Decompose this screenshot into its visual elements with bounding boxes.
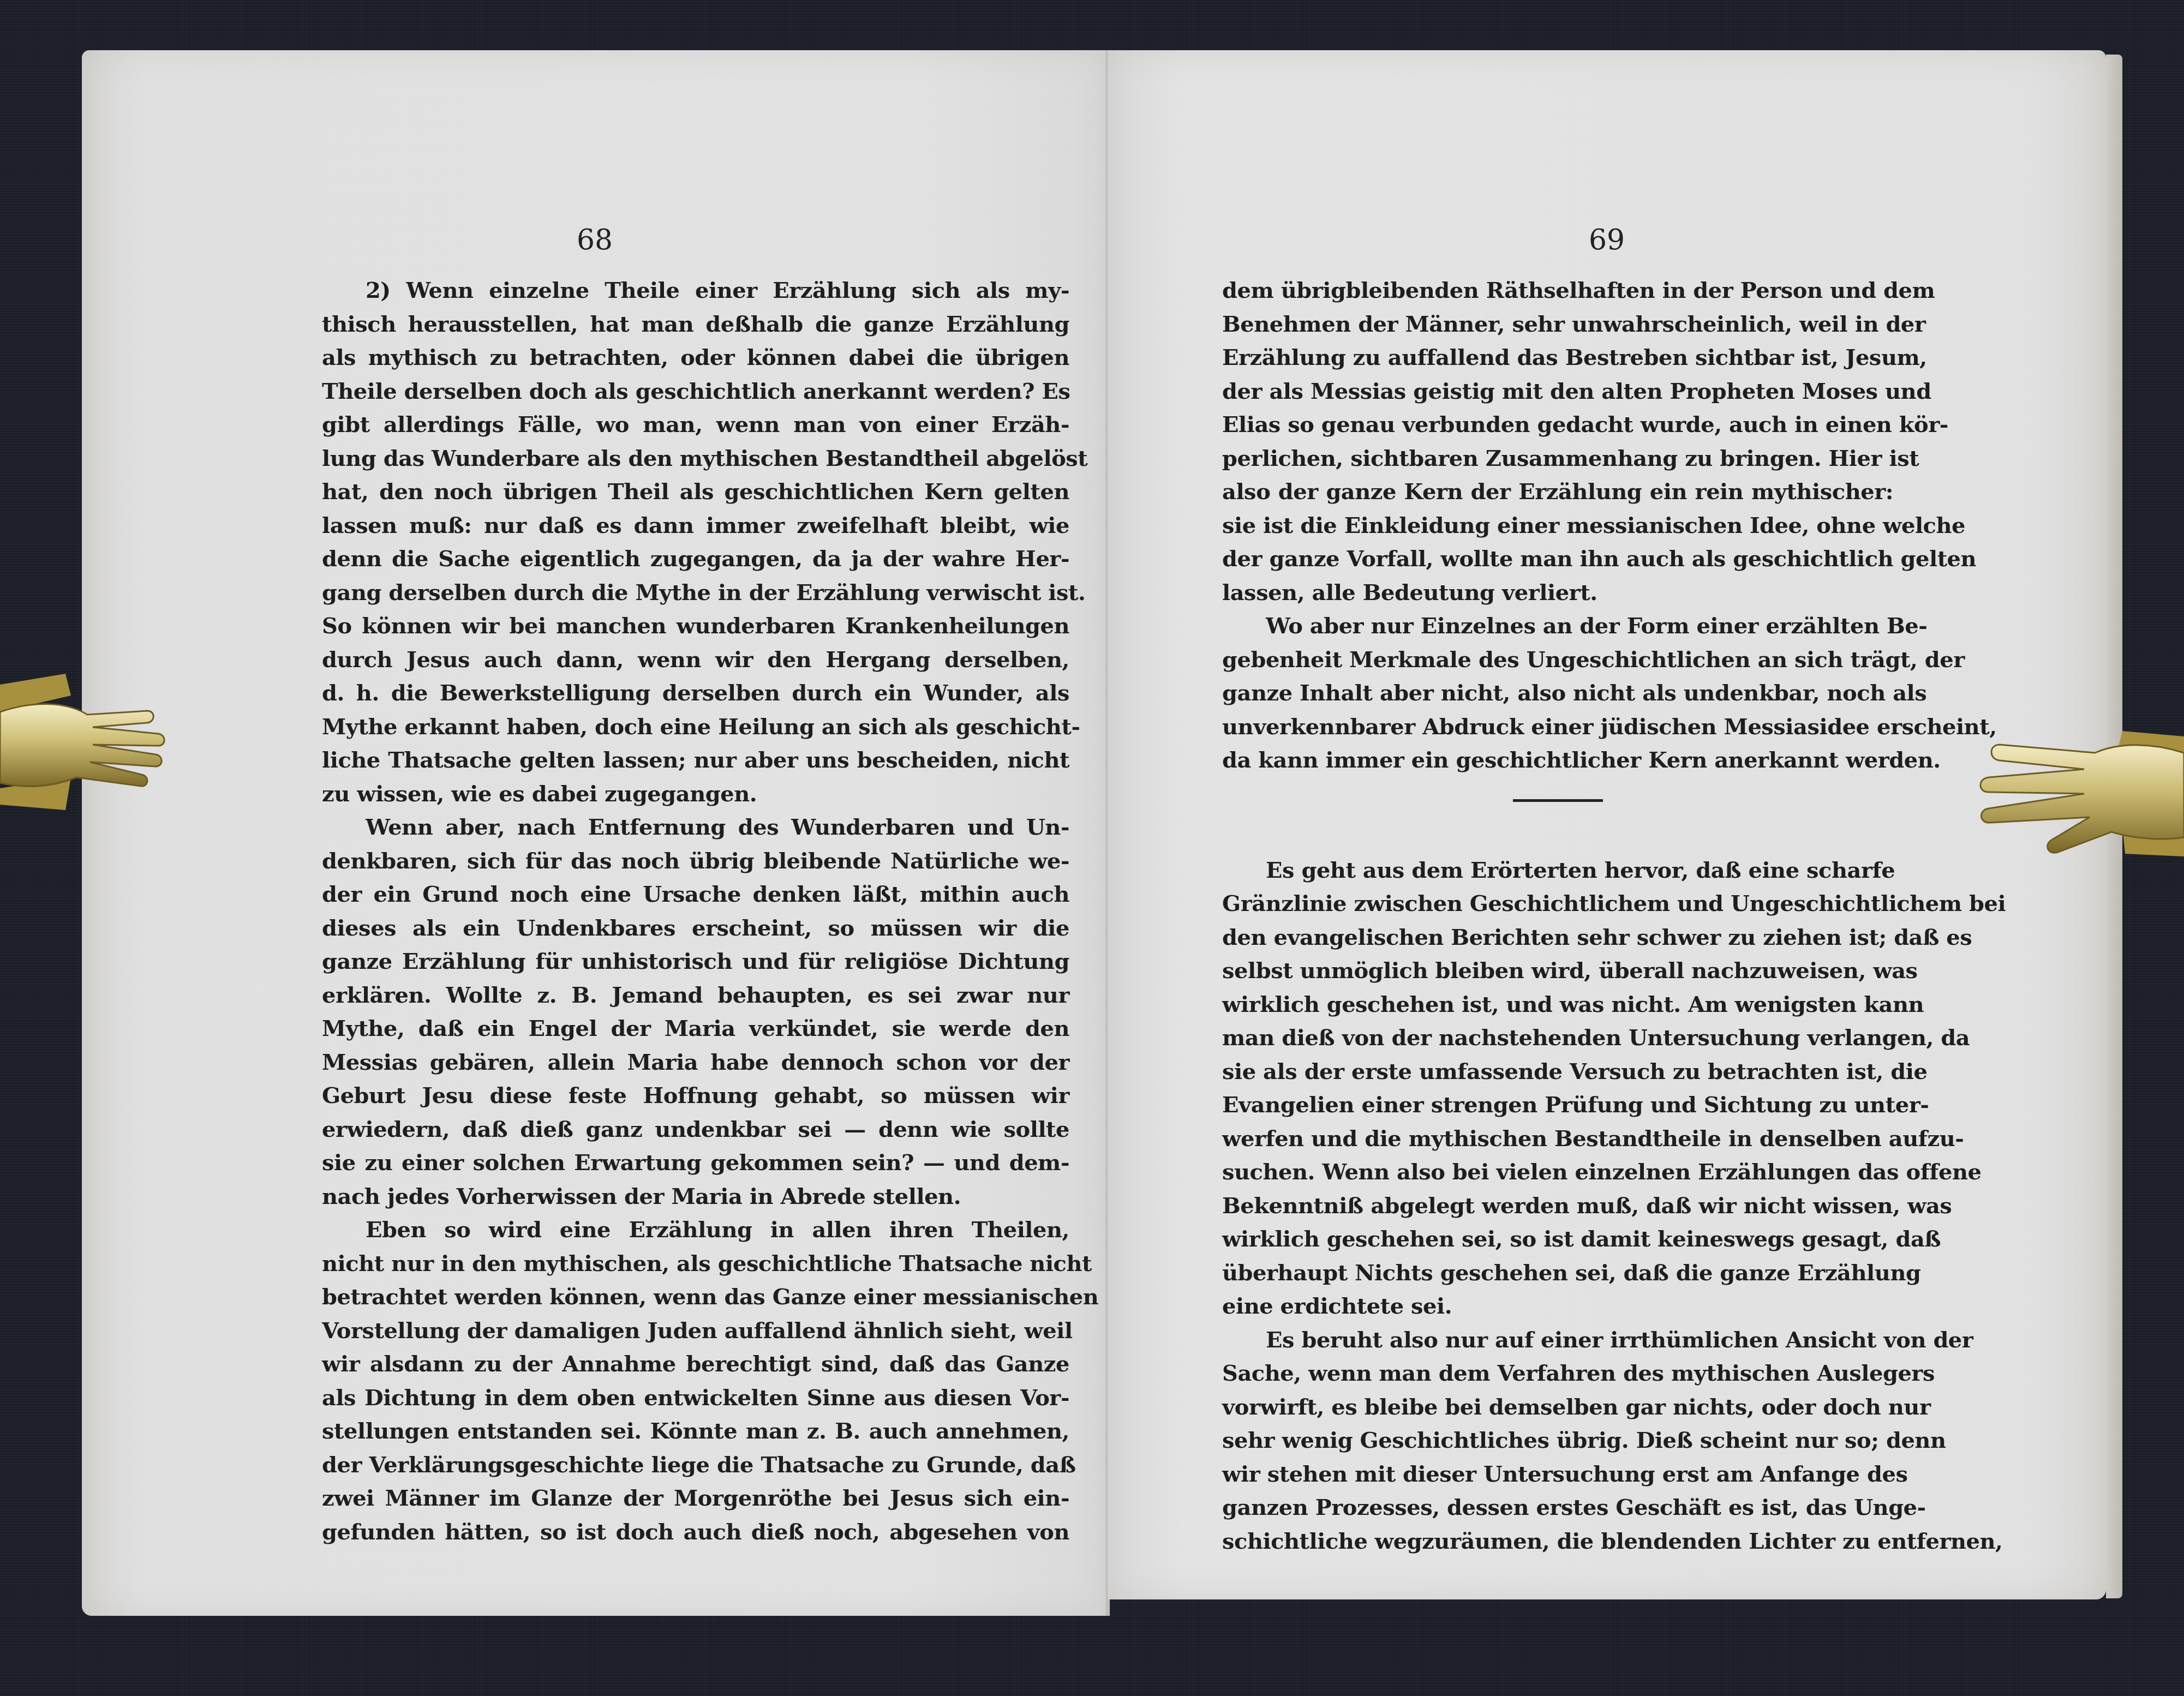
text-line: zu wissen, wie es dabei zugegangen. — [322, 777, 1069, 811]
text-line: Eben so wird eine Erzählung in allen ihr… — [322, 1213, 1069, 1247]
text-line: Es beruht also nur auf einer irrthümlich… — [1222, 1323, 1893, 1357]
text-line: sie als der erste umfassende Versuch zu … — [1222, 1055, 1893, 1089]
text-line: Es geht aus dem Erörterten hervor, daß e… — [1222, 854, 1893, 888]
text-line: Theile derselben doch als geschichtlich … — [322, 375, 1069, 409]
text-line: nicht nur in den mythischen, als geschic… — [322, 1247, 1069, 1281]
text-line: als mythisch zu betrachten, oder können … — [322, 341, 1069, 375]
page-number-left: 68 — [82, 224, 1108, 256]
text-line: Geburt Jesu diese feste Hoffnung gehabt,… — [322, 1079, 1069, 1113]
text-line: vorwirft, es bleibe bei demselben gar ni… — [1222, 1391, 1893, 1424]
text-line: perlichen, sichtbaren Zusammenhang zu br… — [1222, 442, 1893, 476]
text-line: der als Messias geistig mit den alten Pr… — [1222, 375, 1893, 409]
text-line: Vorstellung der damaligen Juden auffalle… — [322, 1314, 1069, 1348]
text-line: werfen und die mythischen Bestandtheile … — [1222, 1122, 1893, 1156]
text-line: ganze Inhalt aber nicht, also nicht als … — [1222, 676, 1893, 710]
brass-hand-left-icon — [0, 663, 166, 821]
text-line: erwiedern, daß dieß ganz undenkbar sei —… — [322, 1113, 1069, 1147]
text-line: sehr wenig Geschichtliches übrig. Dieß s… — [1222, 1424, 1893, 1458]
text-line: überhaupt Nichts geschehen sei, daß die … — [1222, 1256, 1893, 1290]
text-line: schichtliche wegzuräumen, die blendenden… — [1222, 1525, 1893, 1559]
brass-hand-right-icon — [1975, 709, 2184, 867]
text-line: Evangelien einer strengen Prüfung und Si… — [1222, 1088, 1893, 1122]
text-line: als Dichtung in dem oben entwickelten Si… — [322, 1381, 1069, 1415]
text-line: durch Jesus auch dann, wenn wir den Herg… — [322, 643, 1069, 677]
text-line: hat, den noch übrigen Theil als geschich… — [322, 475, 1069, 509]
text-line: lung das Wunderbare als den mythischen B… — [322, 442, 1069, 476]
text-line: Erzählung zu auffallend das Bestreben si… — [1222, 341, 1893, 375]
text-line: gebenheit Merkmale des Ungeschichtlichen… — [1222, 643, 1893, 677]
text-line: da kann immer ein geschichtlicher Kern a… — [1222, 744, 1893, 777]
text-line: dieses als ein Undenkbares erscheint, so… — [322, 912, 1069, 945]
text-line: thisch herausstellen, hat man deßhalb di… — [322, 308, 1069, 341]
text-line: zwei Männer im Glanze der Morgenröthe be… — [322, 1482, 1069, 1515]
text-line: lassen, alle Bedeutung verliert. — [1222, 576, 1893, 610]
text-line: Elias so genau verbunden gedacht wurde, … — [1222, 408, 1893, 442]
text-line: sie ist die Einkleidung einer messianisc… — [1222, 509, 1893, 543]
text-line: Mythe, daß ein Engel der Maria verkündet… — [322, 1012, 1069, 1046]
text-line: stellungen entstanden sei. Könnte man z.… — [322, 1415, 1069, 1448]
text-line: wirklich geschehen ist, und was nicht. A… — [1222, 988, 1893, 1022]
text-line: liche Thatsache gelten lassen; nur aber … — [322, 744, 1069, 777]
left-page: 68 2) Wenn einzelne Theile einer Erzählu… — [82, 50, 1108, 1616]
text-line: erklären. Wollte z. B. Jemand behaupten,… — [322, 979, 1069, 1012]
text-line: Sache, wenn man dem Verfahren des mythis… — [1222, 1357, 1893, 1391]
text-line: Wo aber nur Einzelnes an der Form einer … — [1222, 609, 1893, 643]
right-page-text: dem übrigbleibenden Räthselhaften in der… — [1222, 274, 1893, 1558]
text-line: sie zu einer solchen Erwartung gekommen … — [322, 1146, 1069, 1180]
text-line: ganze Erzählung für unhistorisch und für… — [322, 945, 1069, 979]
text-line: Benehmen der Männer, sehr unwahrscheinli… — [1222, 308, 1893, 341]
open-book: 68 2) Wenn einzelne Theile einer Erzählu… — [0, 0, 2184, 1696]
text-line: wir stehen mit dieser Untersuchung erst … — [1222, 1458, 1893, 1491]
text-line: der Verklärungsgeschichte liege die That… — [322, 1448, 1069, 1482]
text-line: betrachtet werden können, wenn das Ganze… — [322, 1280, 1069, 1314]
text-line: nach jedes Vorherwissen der Maria in Abr… — [322, 1180, 1069, 1214]
text-line: der ein Grund noch eine Ursache denken l… — [322, 878, 1069, 912]
text-line: denkbaren, sich für das noch übrig bleib… — [322, 844, 1069, 878]
text-line: Gränzlinie zwischen Geschichtlichem und … — [1222, 887, 1893, 921]
text-line: lassen muß: nur daß es dann immer zweife… — [322, 509, 1069, 543]
text-line: Mythe erkannt haben, doch eine Heilung a… — [322, 710, 1069, 744]
text-line: wir alsdann zu der Annahme berechtigt si… — [322, 1347, 1069, 1381]
text-line: wirklich geschehen sei, so ist damit kei… — [1222, 1222, 1893, 1256]
text-line: Bekenntniß abgelegt werden muß, daß wir … — [1222, 1189, 1893, 1223]
text-line: 2) Wenn einzelne Theile einer Erzählung … — [322, 274, 1069, 308]
text-line: So können wir bei manchen wunderbaren Kr… — [322, 609, 1069, 643]
text-line: suchen. Wenn also bei vielen einzelnen E… — [1222, 1155, 1893, 1189]
section-divider-rule — [1513, 799, 1603, 802]
page-number-right: 69 — [1108, 224, 2106, 256]
text-line: Wenn aber, nach Entfernung des Wunderbar… — [322, 811, 1069, 844]
text-line: eine erdichtete sei. — [1222, 1290, 1893, 1323]
text-line: also der ganze Kern der Erzählung ein re… — [1222, 475, 1893, 509]
text-line: man dieß von der nachstehenden Untersuch… — [1222, 1021, 1893, 1055]
right-page: 69 dem übrigbleibenden Räthselhaften in … — [1108, 50, 2106, 1599]
text-line: den evangelischen Berichten sehr schwer … — [1222, 921, 1893, 955]
text-line: selbst unmöglich bleiben wird, überall n… — [1222, 954, 1893, 988]
text-line: Messias gebären, allein Maria habe denno… — [322, 1046, 1069, 1080]
text-line: der ganze Vorfall, wollte man ihn auch a… — [1222, 542, 1893, 576]
text-line: gang derselben durch die Mythe in der Er… — [322, 576, 1069, 610]
text-line: gibt allerdings Fälle, wo man, wenn man … — [322, 408, 1069, 442]
text-line: gefunden hätten, so ist doch auch dieß n… — [322, 1515, 1069, 1549]
text-line: dem übrigbleibenden Räthselhaften in der… — [1222, 274, 1893, 308]
text-line: ganzen Prozesses, dessen erstes Geschäft… — [1222, 1491, 1893, 1525]
text-line: unverkennbarer Abdruck einer jüdischen M… — [1222, 710, 1893, 744]
left-page-text: 2) Wenn einzelne Theile einer Erzählung … — [322, 274, 1069, 1549]
text-line: denn die Sache eigentlich zugegangen, da… — [322, 542, 1069, 576]
text-line: d. h. die Bewerkstelligung derselben dur… — [322, 676, 1069, 710]
